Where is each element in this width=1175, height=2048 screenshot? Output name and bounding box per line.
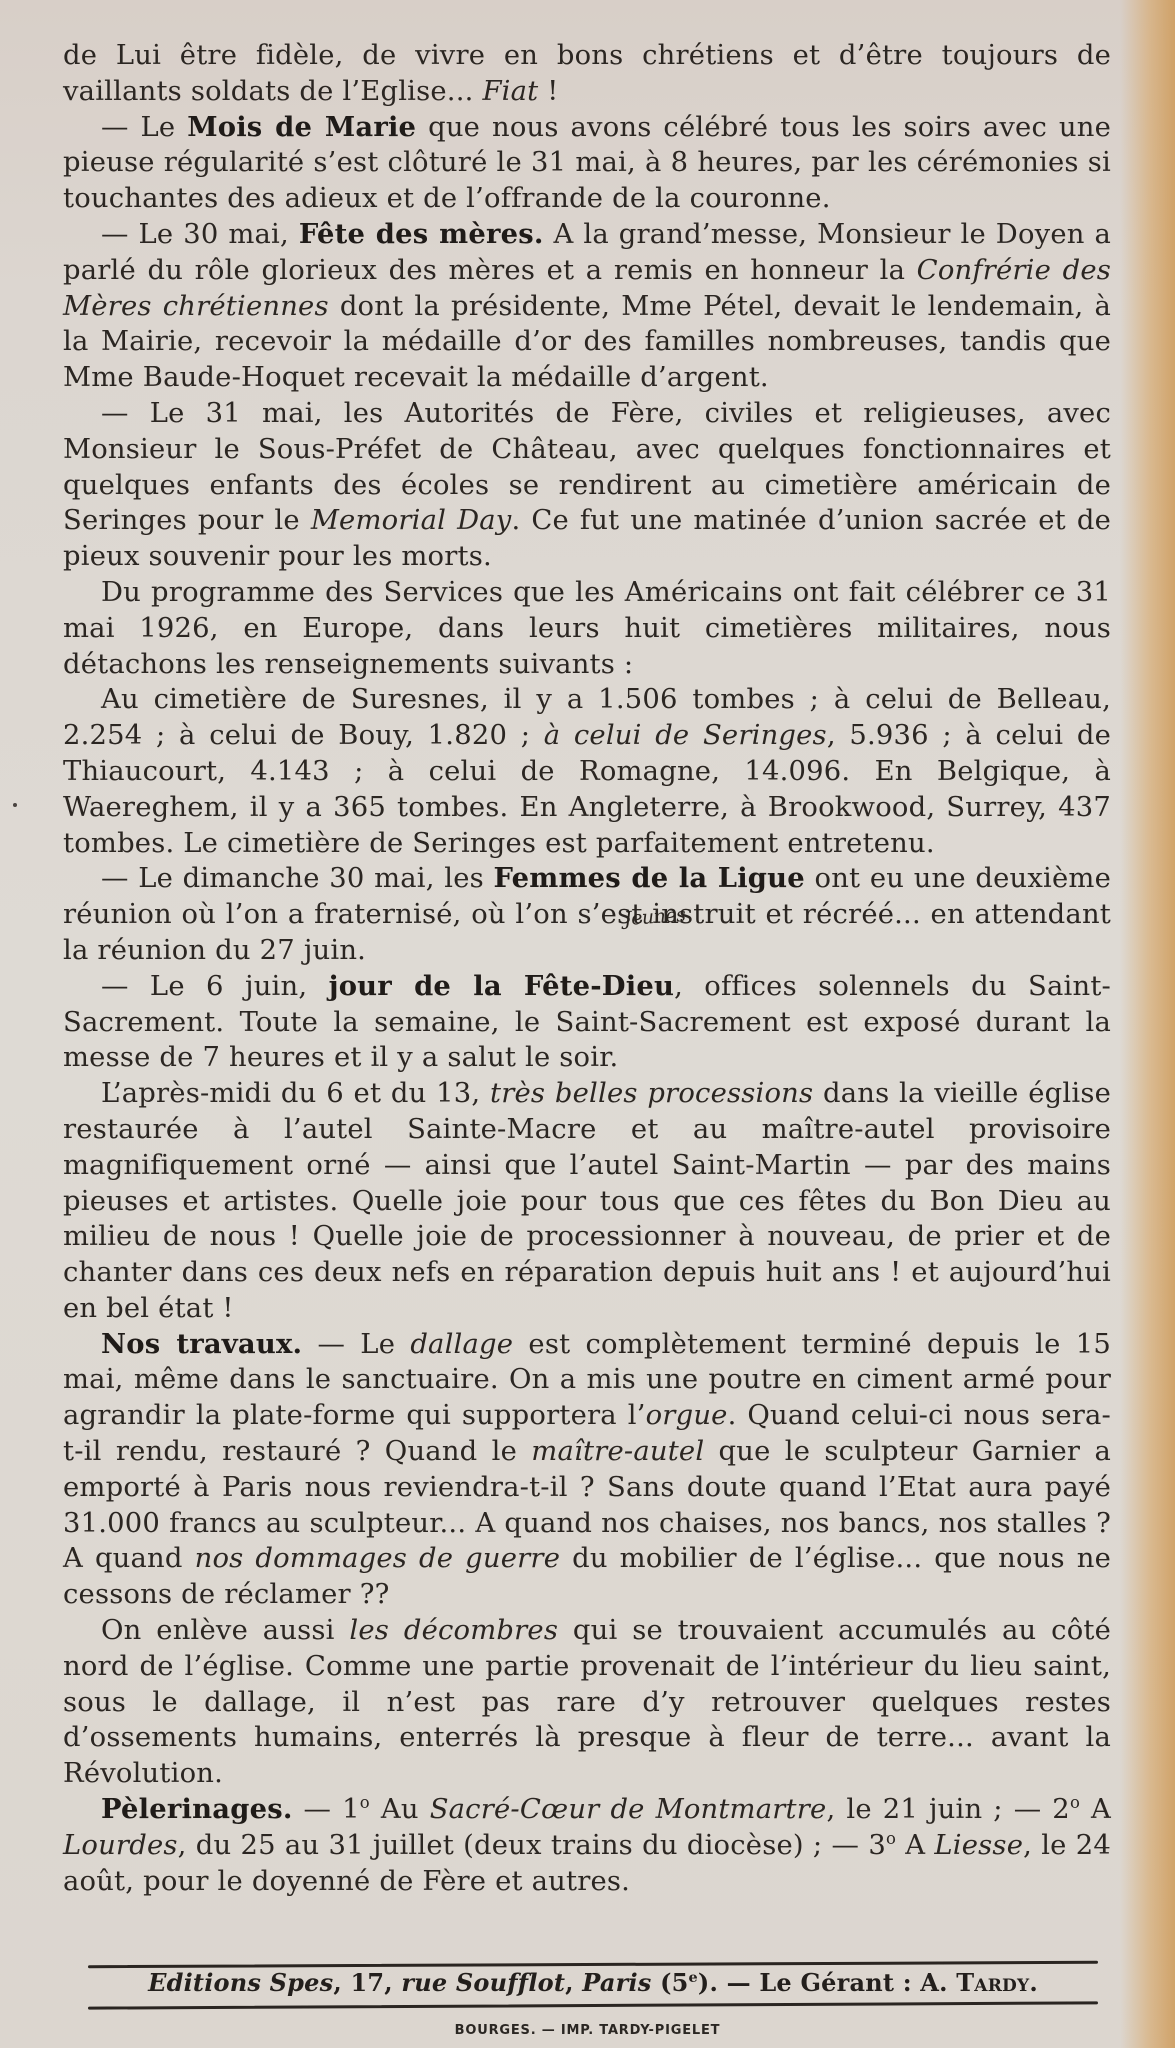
- italic-phrase: Liesse: [934, 1830, 1023, 1861]
- text-run: — Le 6 juin,: [101, 971, 329, 1002]
- margin-speck: [13, 803, 17, 807]
- scanned-page: de Lui être fidèle, de vivre en bons chr…: [0, 0, 1175, 2048]
- text-run: — Le dimanche 30 mai, les: [101, 863, 494, 894]
- manager-surname: Tardy: [956, 1968, 1029, 1997]
- ordinal-superscript: o: [360, 1793, 370, 1812]
- text-run: Au: [370, 1794, 430, 1825]
- bold-phrase: Mois de Marie: [187, 111, 416, 143]
- text-run: L’après-midi du 6 et du 13,: [101, 1078, 490, 1109]
- text-run: A: [896, 1830, 934, 1861]
- printer-line: BOURGES. — IMP. TARDY-PIGELET: [0, 2023, 1175, 2038]
- arrondissement-sup: e: [689, 1969, 698, 1986]
- text-run: — Le 30 mai,: [101, 219, 299, 250]
- text-run: dans la vieille église restaurée à l’aut…: [63, 1078, 1111, 1324]
- paragraph: — Le Mois de Marie que nous avons célébr…: [63, 110, 1111, 217]
- italic-phrase: Lourdes: [63, 1830, 178, 1861]
- paragraph: L’après-midi du 6 et du 13, très belles …: [63, 1076, 1111, 1327]
- paragraph: Pèlerinages. — 1o Au Sacré-Cœur de Montm…: [63, 1792, 1111, 1899]
- comma: ,: [565, 1968, 582, 1997]
- city-name: Paris: [582, 1968, 651, 1997]
- bold-phrase: Fête des mères.: [299, 218, 544, 250]
- paragraph: Au cimetière de Suresnes, il y a 1.506 t…: [63, 682, 1111, 861]
- paragraph: de Lui être fidèle, de vivre en bons chr…: [63, 38, 1111, 110]
- paragraph: Nos travaux. — Le dallage est complèteme…: [63, 1327, 1111, 1613]
- text-run: !: [538, 76, 558, 107]
- paragraph: — Le dimanche 30 mai, les Femmes de la L…: [63, 861, 1111, 968]
- text-run: — Le: [302, 1329, 410, 1360]
- paragraph: On enlève aussi les décombres qui se tro…: [63, 1613, 1111, 1792]
- arrondissement-close: ).: [698, 1968, 718, 1997]
- italic-phrase: les décombres: [349, 1615, 558, 1646]
- italic-phrase: dallage: [410, 1329, 513, 1360]
- space: [652, 1968, 661, 1997]
- footer-rule-bottom: [88, 2001, 1098, 2009]
- manager-label: — Le Gérant : A.: [718, 1968, 956, 1997]
- ordinal-superscript: o: [886, 1829, 896, 1848]
- bold-phrase: Pèlerinages.: [101, 1793, 293, 1825]
- text-run: de Lui être fidèle, de vivre en bons chr…: [63, 40, 1111, 107]
- italic-phrase: Sacré-Cœur de Montmartre: [430, 1794, 827, 1825]
- paragraph: — Le 30 mai, Fête des mères. A la grand’…: [63, 217, 1111, 396]
- imprint-end: .: [1029, 1968, 1038, 1997]
- handwritten-annotation: Jeunes: [623, 904, 686, 930]
- italic-phrase: maître-autel: [531, 1436, 704, 1467]
- bold-phrase: Nos travaux.: [101, 1328, 302, 1360]
- italic-phrase: Fiat: [482, 76, 538, 107]
- text-run: — 1: [293, 1794, 360, 1825]
- text-run: On enlève aussi: [101, 1615, 349, 1646]
- paragraph: Du programme des Services que les Améric…: [63, 575, 1111, 682]
- address-number: , 17,: [333, 1968, 401, 1997]
- bold-phrase: Femmes de la Ligue: [494, 862, 805, 894]
- text-run: Du programme des Services que les Améric…: [63, 577, 1111, 680]
- publisher-imprint: Editions Spes, 17, rue Soufflot, Paris (…: [88, 1968, 1098, 1997]
- italic-phrase: très belles processions: [490, 1078, 813, 1109]
- text-run: — Le: [101, 112, 187, 143]
- ordinal-superscript: o: [1070, 1793, 1080, 1812]
- text-run: A: [1080, 1794, 1111, 1825]
- paragraph: — Le 6 juin, jour de la Fête-Dieu, offic…: [63, 969, 1111, 1076]
- italic-phrase: à celui de Seringes: [544, 720, 827, 751]
- italic-phrase: Memorial Day: [311, 505, 512, 536]
- bold-phrase: jour de la Fête-Dieu: [329, 970, 674, 1002]
- publisher-name: Editions Spes: [148, 1968, 333, 1997]
- text-run: , le 21 juin ; — 2: [826, 1794, 1069, 1825]
- italic-phrase: orgue: [646, 1400, 728, 1431]
- arrondissement: (5: [660, 1968, 688, 1997]
- text-run: , du 25 au 31 juillet (deux trains du di…: [178, 1830, 886, 1861]
- street-name: rue Soufflot: [401, 1968, 565, 1997]
- article-body: de Lui être fidèle, de vivre en bons chr…: [63, 38, 1111, 1899]
- paragraph: — Le 31 mai, les Autorités de Fère, civi…: [63, 396, 1111, 575]
- italic-phrase: nos dommages de guerre: [195, 1543, 561, 1574]
